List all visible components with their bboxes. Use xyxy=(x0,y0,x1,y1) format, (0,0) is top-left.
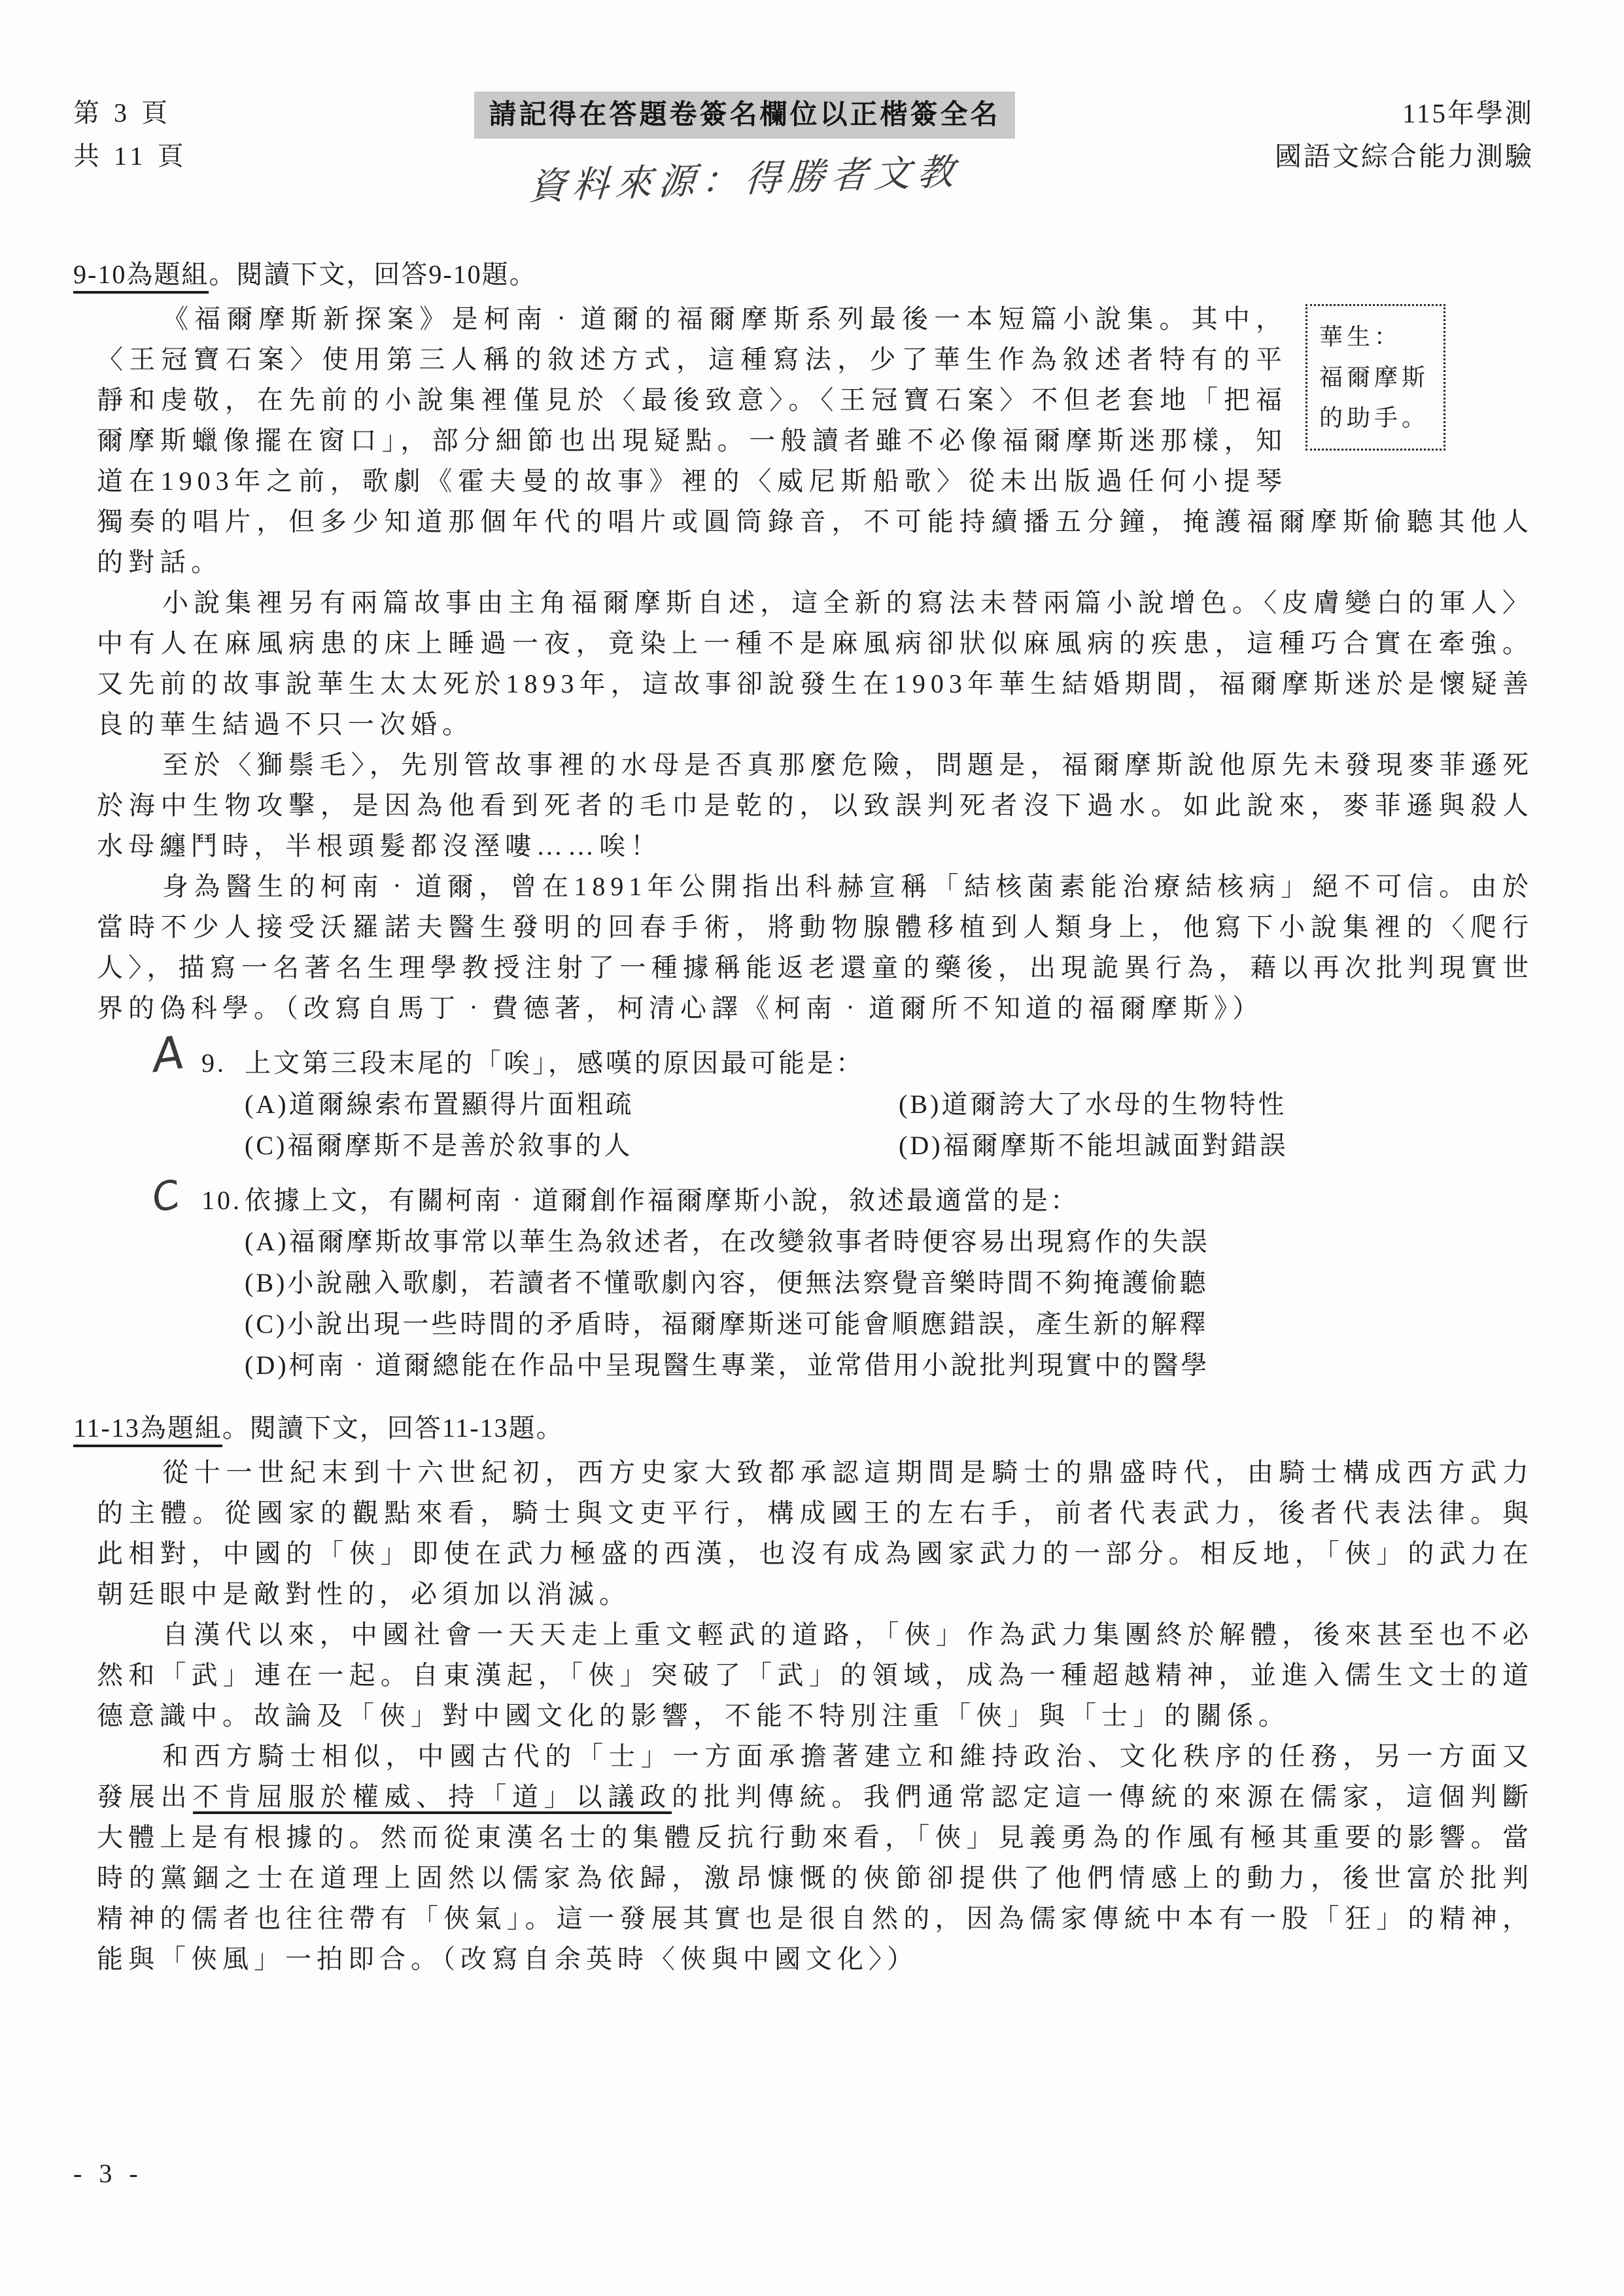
question-9-options: (A)道爾線索布置顯得片面粗疏 (B)道爾誇大了水母的生物特性 (C)福爾摩斯不… xyxy=(245,1084,1534,1166)
passage-1-paragraph-2: 小說集裡另有兩篇故事由主角福爾摩斯自述，這全新的寫法未替兩篇小說增色。〈皮膚變白… xyxy=(97,583,1534,745)
total-pages-label: 共 11 頁 xyxy=(73,135,269,178)
question-10-option-c: (C)小說出現一些時間的矛盾時，福爾摩斯迷可能會順應錯誤，產生新的解釋 xyxy=(245,1303,1534,1345)
passage-2-paragraph-3: 和西方騎士相似，中國古代的「士」一方面承擔著建立和維持政治、文化秩序的任務，另一… xyxy=(97,1736,1534,1979)
passage-1-paragraph-4: 身為醫生的柯南‧道爾，曾在1891年公開指出科赫宣稱「結核菌素能治療結核病」絕不… xyxy=(97,866,1534,1029)
page-count-block: 第 3 頁 共 11 頁 xyxy=(73,92,269,178)
underlined-phrase: 不肯屈服於權威、持「道」以議政 xyxy=(193,1782,672,1814)
section-11-13-heading: 11-13為題組。閱讀下文，回答11-13題。 xyxy=(73,1408,1534,1448)
exam-subject-title: 國語文綜合能力測驗 xyxy=(1220,135,1534,178)
exam-year-title: 115年學測 xyxy=(1220,92,1534,135)
question-10: C 10. 依據上文，有關柯南‧道爾創作福爾摩斯小說，敘述最適當的是： (A)福… xyxy=(201,1180,1534,1386)
exam-title-block: 115年學測 國語文綜合能力測驗 xyxy=(1220,92,1534,178)
question-9: A 9. 上文第三段末尾的「唉」，感嘆的原因最可能是： (A)道爾線索布置顯得片… xyxy=(201,1043,1534,1166)
question-10-option-a: (A)福爾摩斯故事常以華生為敘述者，在改變敘事者時便容易出現寫作的失誤 xyxy=(245,1221,1534,1262)
section-9-10-heading-underlined: 9-10為題組 xyxy=(73,260,209,294)
question-10-stem: 依據上文，有關柯南‧道爾創作福爾摩斯小說，敘述最適當的是： xyxy=(245,1180,1534,1221)
passage-2-paragraph-2: 自漢代以來，中國社會一天天走上重文輕武的道路，「俠」作為武力集團終於解體，後來甚… xyxy=(97,1615,1534,1736)
watson-note-line1: 華生： xyxy=(1319,317,1432,357)
page-header: 第 3 頁 共 11 頁 請記得在答題卷簽名欄位以正楷簽全名 資料來源：得勝者文… xyxy=(73,92,1534,232)
question-9-number: 9. xyxy=(201,1043,245,1084)
signature-notice: 請記得在答題卷簽名欄位以正楷簽全名 xyxy=(474,92,1014,139)
passage-1-paragraph-3: 至於〈獅鬃毛〉，先別管故事裡的水母是否真那麼危險，問題是，福爾摩斯說他原先未發現… xyxy=(97,745,1534,866)
question-10-option-d: (D)柯南‧道爾總能在作品中呈現醫生專業，並常借用小說批判現實中的醫學 xyxy=(245,1345,1534,1386)
page-number-label: 第 3 頁 xyxy=(73,92,269,135)
passage-1: 華生： 福爾摩斯 的助手。 《福爾摩斯新探案》是柯南‧道爾的福爾摩斯系列最後一本… xyxy=(97,299,1534,1029)
passage-2-paragraph-1: 從十一世紀末到十六世紀初，西方史家大致都承認這期間是騎士的鼎盛時代，由騎士構成西… xyxy=(97,1452,1534,1615)
handwritten-source-note: 資料來源：得勝者文教 xyxy=(527,143,962,210)
handwritten-answer-q10: C xyxy=(148,1174,184,1219)
exam-page: 第 3 頁 共 11 頁 請記得在答題卷簽名欄位以正楷簽全名 資料來源：得勝者文… xyxy=(0,0,1624,2296)
passage-2: 從十一世紀末到十六世紀初，西方史家大致都承認這期間是騎士的鼎盛時代，由騎士構成西… xyxy=(97,1452,1534,1979)
question-9-option-b: (B)道爾誇大了水母的生物特性 xyxy=(899,1084,1534,1125)
question-9-option-c: (C)福爾摩斯不是善於敘事的人 xyxy=(245,1125,899,1166)
watson-note-line3: 的助手。 xyxy=(1319,398,1432,438)
section-11-13-heading-rest: 。閱讀下文，回答11-13題。 xyxy=(222,1413,564,1443)
header-center: 請記得在答題卷簽名欄位以正楷簽全名 資料來源：得勝者文教 xyxy=(269,92,1220,203)
question-9-option-d: (D)福爾摩斯不能坦誠面對錯誤 xyxy=(899,1125,1534,1166)
watson-note-line2: 福爾摩斯 xyxy=(1319,357,1432,398)
question-10-options: (A)福爾摩斯故事常以華生為敘述者，在改變敘事者時便容易出現寫作的失誤 (B)小… xyxy=(245,1221,1534,1386)
question-9-stem: 上文第三段末尾的「唉」，感嘆的原因最可能是： xyxy=(245,1043,1534,1084)
question-10-option-b: (B)小說融入歌劇，若讀者不懂歌劇內容，便無法察覺音樂時間不夠掩護偷聽 xyxy=(245,1262,1534,1303)
question-9-option-a: (A)道爾線索布置顯得片面粗疏 xyxy=(245,1084,899,1125)
section-11-13-heading-underlined: 11-13為題組 xyxy=(73,1413,222,1447)
section-9-10-heading: 9-10為題組。閱讀下文，回答9-10題。 xyxy=(73,254,1534,295)
question-10-number: 10. xyxy=(201,1180,245,1221)
page-footer-number: - 3 - xyxy=(73,2158,143,2189)
handwritten-answer-q9: A xyxy=(150,1032,186,1076)
watson-note-box: 華生： 福爾摩斯 的助手。 xyxy=(1305,304,1445,451)
section-9-10-heading-rest: 。閱讀下文，回答9-10題。 xyxy=(209,260,536,289)
